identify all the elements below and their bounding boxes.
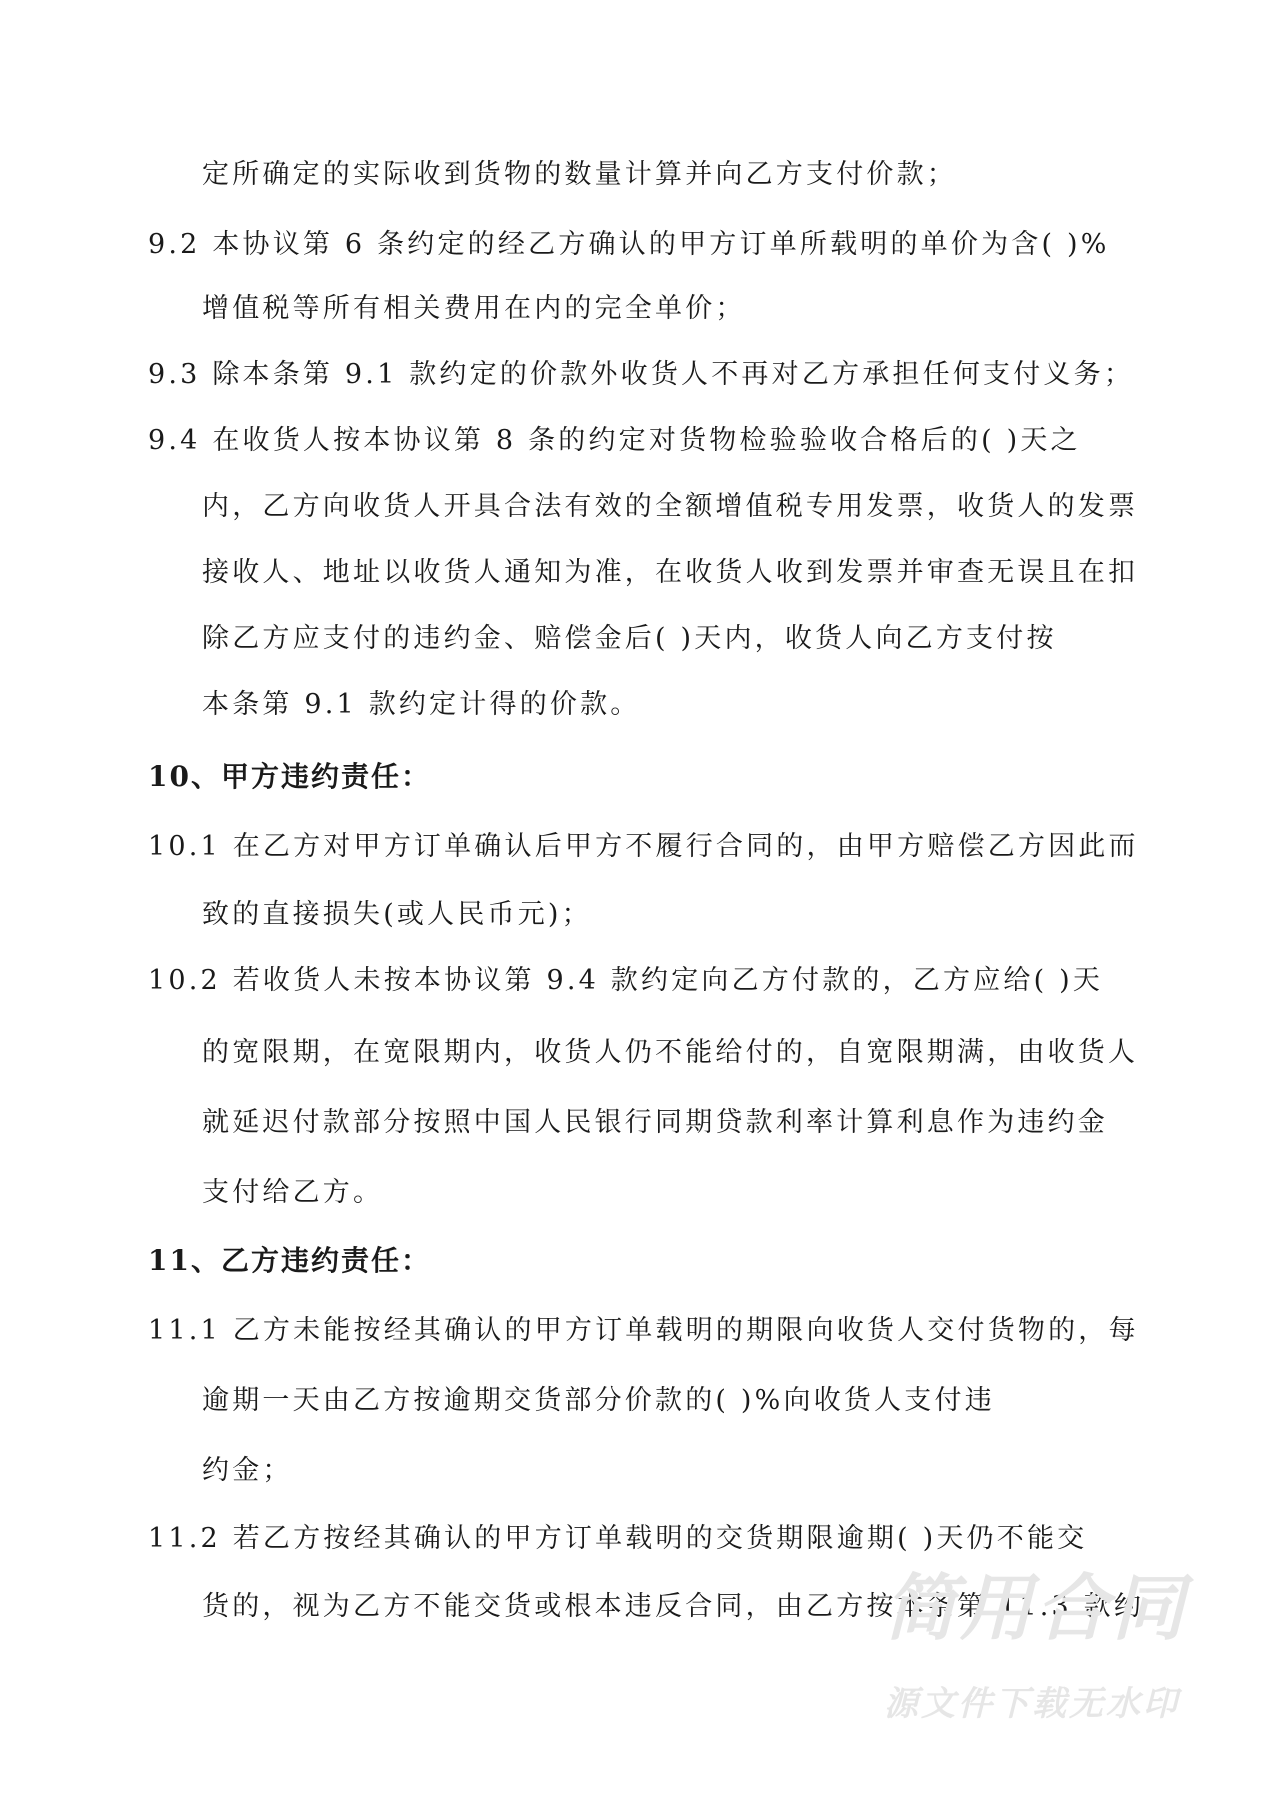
clause-9-4-line-5: 本条第 9.1 款约定计得的价款。 bbox=[202, 688, 641, 722]
clause-9-4: 9.4 在收货人按本协议第 8 条的约定对货物检验验收合格后的( )天之 bbox=[148, 424, 1081, 458]
clause-9-4-line-4: 除乙方应支付的违约金、赔偿金后( )天内，收货人向乙方支付按 bbox=[202, 622, 1057, 656]
clause-10-2-line-4: 支付给乙方。 bbox=[202, 1176, 383, 1210]
watermark-brand: 简用合同 bbox=[884, 1550, 1188, 1654]
clause-10-2-line-3: 就延迟付款部分按照中国人民银行同期贷款利率计算利息作为违约金 bbox=[202, 1106, 1108, 1140]
clause-9-2: 9.2 本协议第 6 条约定的经乙方确认的甲方订单所载明的单价为含( )% bbox=[148, 228, 1110, 262]
clause-9-4-line-3: 接收人、地址以收货人通知为准，在收货人收到发票并审查无误且在扣 bbox=[202, 556, 1138, 590]
watermark-slogan: 源文件下载无水印 bbox=[884, 1676, 1180, 1725]
clause-9-3: 9.3 除本条第 9.1 款约定的价款外收货人不再对乙方承担任何支付义务； bbox=[148, 358, 1134, 392]
clause-10-1-continuation: 致的直接损失(或人民币元)； bbox=[202, 898, 592, 932]
section-11-heading: 11、乙方违约责任： bbox=[148, 1244, 431, 1278]
clause-11-1: 11.1 乙方未能按经其确认的甲方订单载明的期限向收货人交付货物的，每 bbox=[148, 1314, 1139, 1348]
clause-9-2-continuation: 增值税等所有相关费用在内的完全单价； bbox=[202, 292, 746, 326]
clause-9-1-continuation: 定所确定的实际收到货物的数量计算并向乙方支付价款； bbox=[202, 158, 957, 192]
clause-10-2: 10.2 若收货人未按本协议第 9.4 款约定向乙方付款的，乙方应给( )天 bbox=[148, 964, 1103, 998]
section-10-heading: 10、甲方违约责任： bbox=[148, 760, 431, 794]
document-page: 定所确定的实际收到货物的数量计算并向乙方支付价款； 9.2 本协议第 6 条约定… bbox=[0, 0, 1280, 1810]
clause-11-1-line-3: 约金； bbox=[202, 1454, 293, 1488]
clause-10-2-line-2: 的宽限期，在宽限期内，收货人仍不能给付的，自宽限期满，由收货人 bbox=[202, 1036, 1138, 1070]
clause-10-1: 10.1 在乙方对甲方订单确认后甲方不履行合同的，由甲方赔偿乙方因此而 bbox=[148, 830, 1139, 864]
clause-9-4-line-2: 内，乙方向收货人开具合法有效的全额增值税专用发票，收货人的发票 bbox=[202, 490, 1138, 524]
clause-11-1-line-2: 逾期一天由乙方按逾期交货部分价款的( )%向收货人支付违 bbox=[202, 1384, 995, 1418]
